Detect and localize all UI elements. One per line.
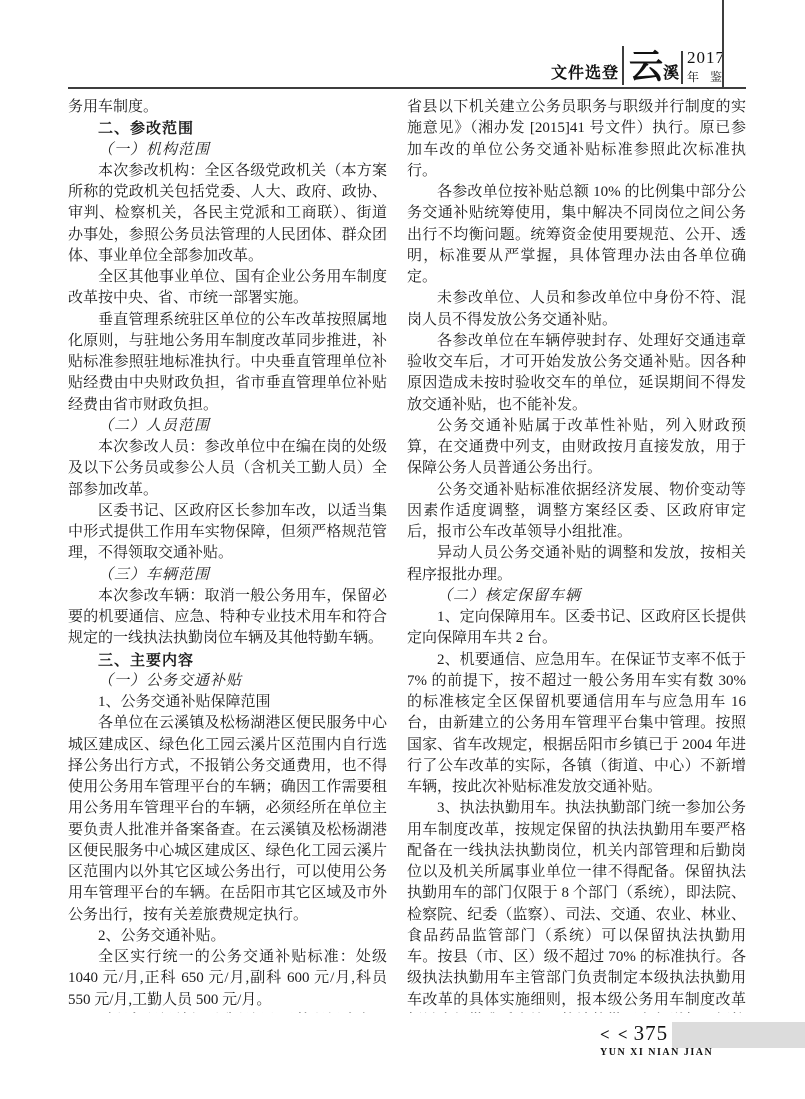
header-yearbook-label: 年 鉴 bbox=[687, 69, 721, 85]
sub-heading: （二）人员范围 bbox=[68, 416, 387, 437]
paragraph: 各参改单位在车辆停驶封存、处理好交通违章验收交车后，才可开始发放公务交通补贴。因… bbox=[407, 331, 746, 416]
yearbook-logo: 云 溪 bbox=[629, 46, 681, 86]
header-year-block: 2017 年 鉴 bbox=[687, 49, 721, 85]
paragraph: 未参改单位、人员和参改单位中身份不符、混岗人员不得发放公务交通补贴。 bbox=[407, 288, 746, 331]
footer-pinyin-title: YUN XI NIAN JIAN bbox=[600, 1047, 713, 1058]
header-rule bbox=[68, 87, 746, 89]
page-footer: < < 375 YUN XI NIAN JIAN bbox=[0, 1015, 805, 1075]
footer-page-indicator: < < 375 bbox=[600, 1021, 668, 1046]
paragraph: 区委书记、区政府区长参加车改，以适当集中形式提供工作用车实物保障，但须严格规范管… bbox=[68, 501, 387, 565]
page-marker: < < bbox=[600, 1025, 630, 1044]
sub-heading: （一）机构范围 bbox=[68, 140, 387, 161]
paragraph: 1、公务交通补贴保障范围 bbox=[68, 692, 387, 713]
paragraph: 各参改单位按补贴总额 10% 的比例集中部分公务交通补贴统筹使用，集中解决不同岗… bbox=[407, 182, 746, 288]
header-year: 2017 bbox=[687, 49, 721, 67]
sub-heading: （一）公务交通补贴 bbox=[68, 671, 387, 692]
paragraph: 公务交通补贴属于改革性补贴，列入财政预算，在交通费中列支，由财政按月直接发放，用… bbox=[407, 416, 746, 480]
paragraph: 公务交通补贴标准依据经济发展、物价变动等因素作适度调整，调整方案经区委、区政府审… bbox=[407, 480, 746, 544]
paragraph: 垂直管理系统驻区单位的公车改革按照属地化原则，与驻地公务用车制度改革同步推进，补… bbox=[68, 310, 387, 416]
header-divider bbox=[622, 46, 624, 85]
paragraph: 3、执法执勤用车。执法执勤部门统一参加公务用车制度改革，按规定保留的执法执勤用车… bbox=[407, 798, 746, 1013]
logo-char-large: 云 bbox=[629, 50, 663, 86]
sub-heading: （三）车辆范围 bbox=[68, 565, 387, 586]
paragraph: 1、定向保障用车。区委书记、区政府区长提供定向保障用车共 2 台。 bbox=[407, 607, 746, 650]
yearbook-page: 文件选登 云 溪 2017 年 鉴 务用车制度。二、参改范围（一）机构范围本次参… bbox=[0, 0, 805, 1099]
paragraph: 本次参改人员：参改单位中在编在岗的处级及以下公务员或参公人员（含机关工勤人员）全… bbox=[68, 437, 387, 501]
header-divider bbox=[681, 51, 683, 84]
sub-heading: （二）核定保留车辆 bbox=[407, 586, 746, 607]
left-text-column: 务用车制度。二、参改范围（一）机构范围本次参改机构：全区各级党政机关（本方案所称… bbox=[68, 97, 387, 1013]
paragraph: 本次参改车辆：取消一般公务用车，保留必要的机要通信、应急、特种专业技术用车和符合… bbox=[68, 586, 387, 650]
paragraph: 2、机要通信、应急用车。在保证节支率不低于 7% 的前提下，按不超过一般公务用车… bbox=[407, 650, 746, 799]
section-heading: 三、主要内容 bbox=[68, 650, 387, 671]
paragraph: 异动人员公务交通补贴的调整和发放，按相关程序报批办理。 bbox=[407, 543, 746, 586]
paragraph: 务用车制度。 bbox=[68, 97, 387, 118]
section-heading: 二、参改范围 bbox=[68, 118, 387, 139]
paragraph: 省县以下机关建立公务员职务与职级并行制度的实施意见》（湘办发 [2015]41 … bbox=[407, 97, 746, 182]
paragraph: 全区其他事业单位、国有企业公务用车制度改革按中央、省、市统一部署实施。 bbox=[68, 267, 387, 310]
paragraph: 对职务职级并行晋升职级人员的职级确定，按湖南省委办公厅、湖南省人民政府办公厅印发… bbox=[68, 1011, 387, 1013]
header-section-title: 文件选登 bbox=[543, 60, 619, 83]
right-text-column: 省县以下机关建立公务员职务与职级并行制度的实施意见》（湘办发 [2015]41 … bbox=[407, 97, 746, 1013]
paragraph: 本次参改机构：全区各级党政机关（本方案所称的党政机关包括党委、人大、政府、政协、… bbox=[68, 161, 387, 267]
page-header: 文件选登 云 溪 2017 年 鉴 bbox=[0, 0, 805, 90]
logo-char-small: 溪 bbox=[663, 60, 679, 83]
footer-gray-bar bbox=[672, 1022, 805, 1048]
paragraph: 各单位在云溪镇及松杨湖港区便民服务中心城区建成区、绿色化工园云溪片区范围内自行选… bbox=[68, 713, 387, 926]
header-divider bbox=[722, 0, 724, 87]
page-number: 375 bbox=[634, 1021, 669, 1045]
paragraph: 2、公务交通补贴。 bbox=[68, 926, 387, 947]
paragraph: 全区实行统一的公务交通补贴标准：处级 1040 元/月,正科 650 元/月,副… bbox=[68, 947, 387, 1011]
